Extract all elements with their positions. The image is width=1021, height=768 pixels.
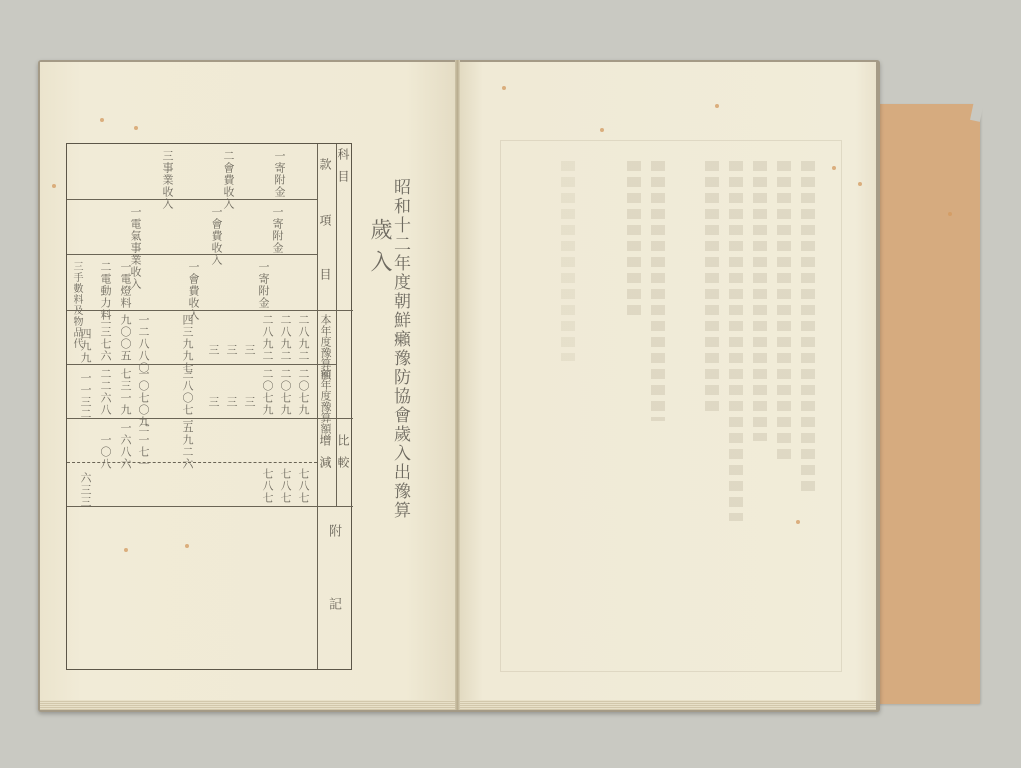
row1-kan: 一寄附金 [273, 150, 285, 198]
row2-previous-kou: 三 [225, 396, 237, 408]
row2-kou: 一會費收入 [210, 206, 222, 266]
foxing-spot [502, 86, 506, 90]
row3-total-previous: 三八〇七一 [181, 368, 193, 428]
foxing-spot [796, 520, 800, 524]
row2-current-kan: 三 [243, 344, 255, 356]
row1-kou: 一寄附金 [271, 206, 283, 254]
header-kan: 款 [319, 158, 331, 180]
row1-previous-kou: 二〇七九 [279, 368, 291, 416]
item1-current: 九〇〇五 [119, 314, 131, 362]
item1-change: 一六八六 [119, 422, 131, 470]
bleed-through-text [500, 140, 842, 672]
row1-previous-kan: 二〇七九 [297, 368, 309, 416]
foxing-spot [715, 104, 719, 108]
header-notes: 附記 [327, 524, 339, 670]
row2-current-kou: 三 [225, 344, 237, 356]
item3-moku: 三手數料及物品代 [71, 261, 82, 311]
row2-current-moku: 三 [207, 344, 219, 356]
foxing-spot [600, 128, 604, 132]
header-previous-budget: 前年度豫算額 [319, 368, 331, 434]
row1-change-moku: 七八七 [261, 468, 273, 504]
item2-current: 二三七六 [99, 314, 111, 362]
row2-previous-moku: 三 [207, 396, 219, 408]
foxing-spot [948, 212, 952, 216]
row1-change-kan: 七八七 [297, 468, 309, 504]
book-gutter [455, 60, 460, 710]
row1-moku: 一寄附金 [257, 261, 269, 309]
row-divider [67, 418, 353, 419]
row-divider [67, 199, 317, 200]
section-heading: 歲入 [364, 218, 395, 282]
header-moku: 目 [319, 268, 331, 290]
foxing-spot [832, 166, 836, 170]
row3-total-current: 四三九九七 [181, 314, 193, 374]
foxing-spot [100, 118, 104, 122]
row3-kou-previous: 一〇七〇九 [137, 368, 149, 428]
foxing-spot [858, 182, 862, 186]
row3-kan: 三事業收入 [161, 150, 173, 210]
item2-change: 一〇八 [99, 434, 111, 470]
header-kou: 項 [319, 214, 331, 236]
item2-previous: 二二六八 [99, 368, 111, 416]
item1-previous: 七三一九 [119, 368, 131, 416]
row2-kan: 二會費收入 [222, 150, 234, 210]
row-divider [67, 254, 317, 255]
header-increase-decrease: 增減 [319, 434, 331, 478]
row3-total-change: 五九二六 [181, 422, 193, 470]
right-page-edges [458, 700, 876, 710]
row1-change-kou: 七八七 [279, 468, 291, 504]
foxing-spot [134, 126, 138, 130]
row-divider [67, 364, 336, 365]
item3-previous: 一一三二 [79, 372, 91, 420]
item2-moku: 二電動力料 [99, 261, 111, 321]
left-page-edges [40, 700, 456, 710]
row1-current-moku: 二八九二 [261, 314, 273, 362]
row2-previous-kan: 三 [243, 396, 255, 408]
row3-kou-change: 二一七一 [137, 422, 149, 470]
budget-table: 科目 款 項 目 本年度豫算額 前年度豫算額 比較 增減 附記 一寄附金 一寄附… [66, 143, 352, 670]
row1-previous-moku: 二〇七九 [261, 368, 273, 416]
item3-current: 四九九 [79, 328, 91, 364]
backing-sheet [868, 104, 980, 704]
foxing-spot [52, 184, 56, 188]
item3-change: 六三三 [79, 472, 91, 508]
header-kamoku: 科目 [337, 148, 349, 192]
row1-current-kan: 二八九二 [297, 314, 309, 362]
row3-kou-current: 一二八八〇 [137, 314, 149, 374]
row1-current-kou: 二八九二 [279, 314, 291, 362]
row-divider [67, 506, 353, 507]
row2-moku: 一會費收入 [187, 261, 199, 321]
header-comparison: 比較 [337, 434, 349, 478]
item1-moku: 一電燈料 [119, 261, 131, 309]
